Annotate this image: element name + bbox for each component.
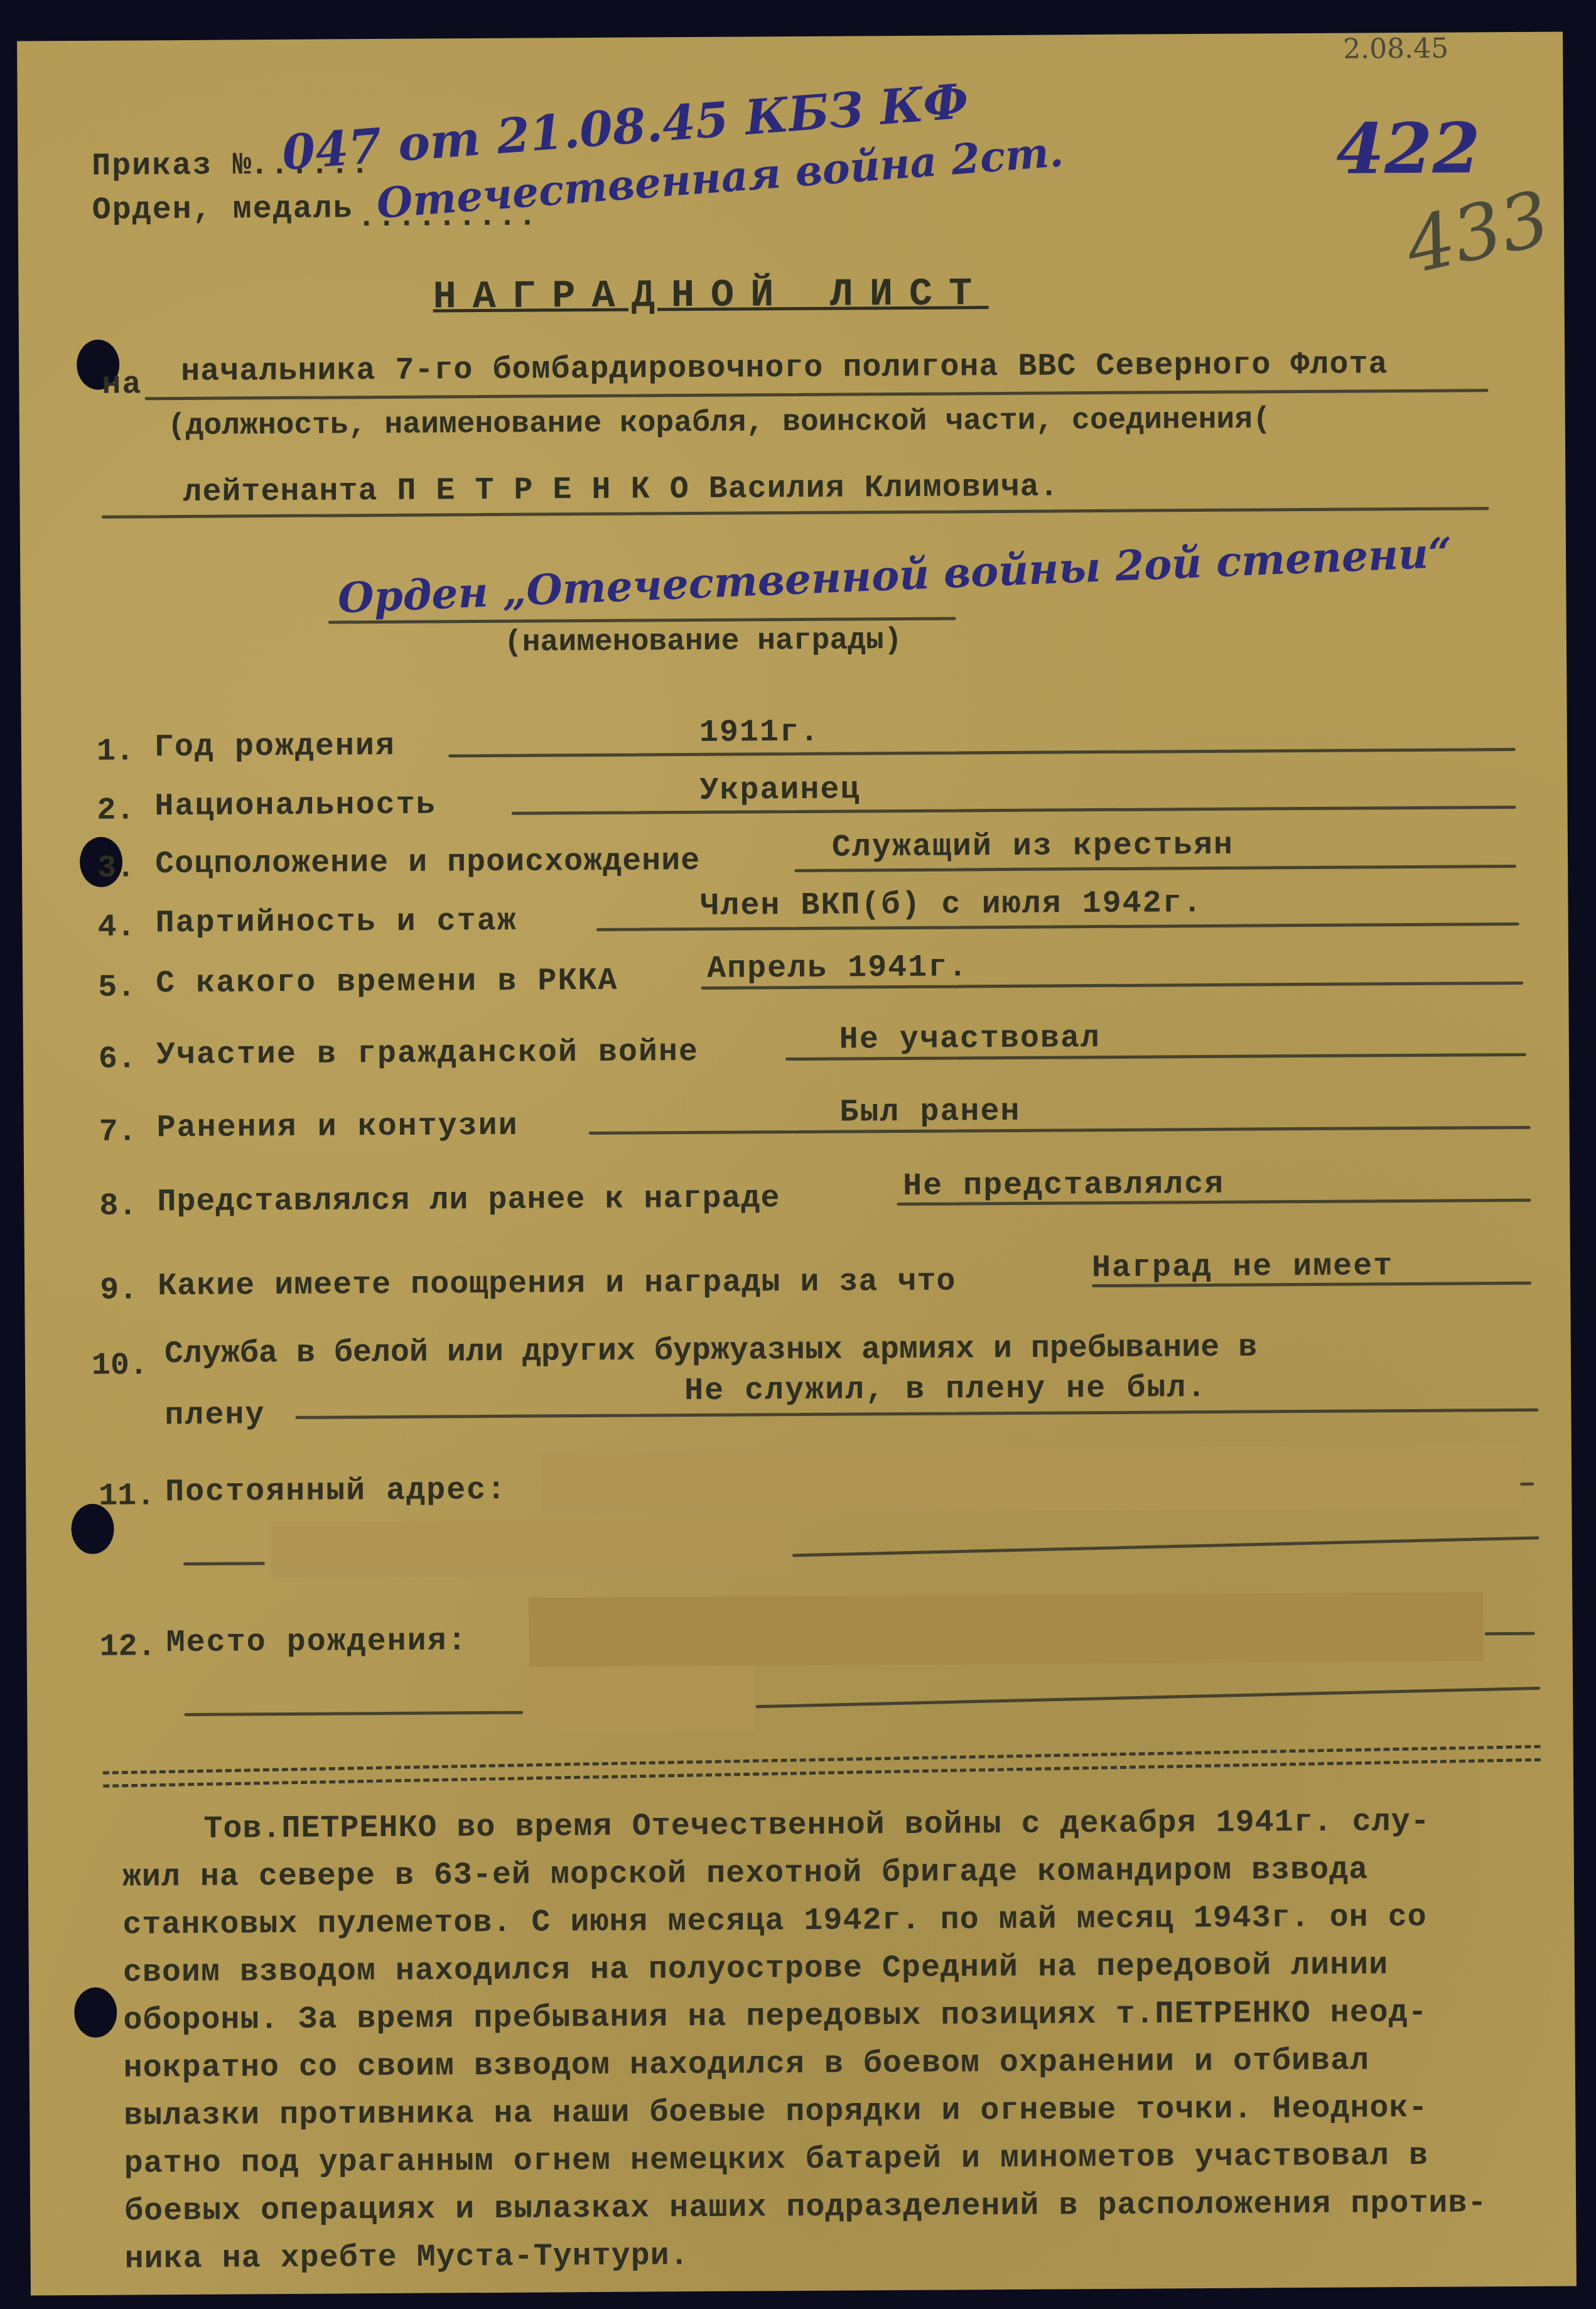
recipient-prefix: на	[102, 367, 142, 403]
field-row-1: 1. Год рождения 1911г.	[17, 32, 1563, 41]
recipient-position-underline	[145, 389, 1489, 400]
field-number: 8.	[99, 1188, 137, 1224]
field-value[interactable]: Украинец	[699, 772, 860, 809]
field-underline-end	[1485, 1632, 1535, 1635]
field-number: 6.	[99, 1041, 136, 1077]
field-value[interactable]: Не представлялся	[903, 1167, 1224, 1204]
section-separator	[103, 1745, 1541, 1788]
field-number: 3.	[97, 850, 135, 886]
field-number: 5.	[98, 970, 136, 1005]
narrative-text: Тов.ПЕТРЕНКО во время Отечественной войн…	[122, 1798, 1556, 2284]
narrative-line: вылазки противника на наши боевые порядк…	[124, 2084, 1555, 2141]
field-value[interactable]: Член ВКП(б) с июля 1942г.	[700, 885, 1202, 924]
redacted-address-cont	[271, 1518, 792, 1578]
field-row-7: 7. Ранения и контузии Был ранен	[17, 32, 1563, 41]
field-label: Ранения и контузии	[156, 1108, 518, 1147]
field-underline	[792, 1536, 1539, 1557]
recipient-position: начальника 7-го бомбардировочного полиго…	[181, 347, 1388, 390]
field-number: 10.	[92, 1348, 148, 1384]
field-row-3: 3. Соцположение и происхождение Служащий…	[17, 32, 1563, 41]
field-underline-end	[1520, 1483, 1534, 1486]
field-label: Соцположение и происхождение	[155, 843, 700, 882]
hole-punch	[74, 1987, 117, 2038]
field-label: Представлялся ли ранее к награде	[157, 1181, 780, 1220]
field-number: 7.	[99, 1114, 137, 1150]
field-value[interactable]: Апрель 1941г.	[707, 949, 968, 987]
field-number: 12.	[100, 1629, 156, 1665]
narrative-line: нократно со своим взводом находился в бо…	[124, 2036, 1555, 2093]
narrative-line: ника на хребте Муста-Тунтури.	[124, 2227, 1556, 2284]
field-label: Постоянный адрес:	[165, 1473, 507, 1510]
field-number: 9.	[100, 1272, 137, 1308]
field-underline	[755, 1687, 1540, 1708]
field-value[interactable]: Не участвовал	[839, 1020, 1101, 1058]
field-underline	[512, 806, 1516, 815]
field-row-5: 5. С какого времени в РККА Апрель 1941г.	[17, 32, 1563, 41]
field-row-8: 8. Представлялся ли ранее к награде Не п…	[17, 32, 1563, 41]
field-label: С какого времени в РККА	[156, 963, 618, 1002]
field-label-continuation: плену	[164, 1397, 265, 1434]
field-label: Какие имеете поощрения и награды и за чт…	[158, 1263, 956, 1304]
field-value[interactable]: Был ранен	[839, 1094, 1020, 1131]
order-label: Приказ №	[92, 148, 252, 185]
page-title: НАГРАДНОЙ ЛИСТ	[433, 271, 988, 319]
field-label: Национальность	[154, 787, 436, 825]
field-underline	[183, 1562, 265, 1565]
field-row-11: 11. Постоянный адрес:	[17, 32, 1563, 41]
field-label: Партийность и стаж	[155, 904, 517, 942]
narrative-line: ратно под ураганным огнем немецких батар…	[124, 2132, 1555, 2188]
field-row-6: 6. Участие в гражданской войне Не участв…	[17, 32, 1563, 41]
archive-number-pencil: 433	[1398, 175, 1557, 291]
field-value[interactable]: Наград не имеет	[1092, 1248, 1393, 1286]
recipient-name[interactable]: лейтенанта П Е Т Р Е Н К О Василия Климо…	[183, 469, 1059, 511]
narrative-line: боевых операциях и вылазках наших подраз…	[124, 2180, 1556, 2236]
field-number: 2.	[97, 792, 134, 828]
field-underline	[295, 1409, 1538, 1419]
field-underline	[589, 1126, 1531, 1135]
field-number: 11.	[99, 1478, 155, 1515]
award-name[interactable]: Орден „Отечественной войны 2ой степени“	[337, 528, 1453, 623]
field-row-2: 2. Национальность Украинец	[17, 32, 1563, 41]
field-row-4: 4. Партийность и стаж Член ВКП(б) с июля…	[17, 32, 1563, 41]
award-label: Орден, медаль	[92, 191, 353, 229]
narrative-line: станковых пулеметов. С июня месяца 1942г…	[122, 1893, 1554, 1950]
narrative-line: обороны. За время пребывания на передовы…	[123, 1989, 1555, 2045]
redacted-address	[542, 1445, 1522, 1514]
field-underline	[794, 865, 1516, 872]
top-right-date: 2.08.45	[1343, 33, 1448, 65]
field-row-10: 10. Служба в белой или других буржуазных…	[17, 32, 1563, 41]
redacted-birthplace	[529, 1592, 1484, 1667]
field-label: Место рождения:	[166, 1623, 467, 1661]
redacted-birthplace-cont	[523, 1665, 756, 1732]
field-label: Служба в белой или других буржуазных арм…	[164, 1330, 1258, 1373]
field-label: Участие в гражданской войне	[156, 1034, 699, 1073]
field-value[interactable]: Не служил, в плену не был.	[684, 1370, 1207, 1409]
narrative-line: своим взводом находился на полуострове С…	[123, 1941, 1555, 1998]
field-value[interactable]: 1911г.	[699, 715, 820, 751]
award-sheet-paper: 2.08.45 422 433 Приказ № ...... 047 от 2…	[17, 32, 1577, 2296]
award-name-caption: (наименование награды)	[504, 624, 902, 660]
field-row-12: 12. Место рождения:	[17, 32, 1563, 41]
field-row-9: 9. Какие имеете поощрения и награды и за…	[17, 32, 1563, 41]
field-label: Год рождения	[154, 728, 396, 765]
field-value[interactable]: Служащий из крестьян	[832, 828, 1234, 866]
archive-number-ink: 422	[1336, 107, 1480, 189]
narrative-line: Тов.ПЕТРЕНКО во время Отечественной войн…	[122, 1798, 1553, 1854]
narrative-line: жил на севере в 63-ей морской пехотной б…	[122, 1846, 1554, 1902]
field-underline	[448, 748, 1516, 757]
field-underline	[184, 1711, 523, 1716]
field-number: 4.	[98, 909, 136, 945]
field-number: 1.	[97, 733, 134, 769]
recipient-position-caption: (должность, наименование корабля, воинск…	[168, 403, 1271, 443]
